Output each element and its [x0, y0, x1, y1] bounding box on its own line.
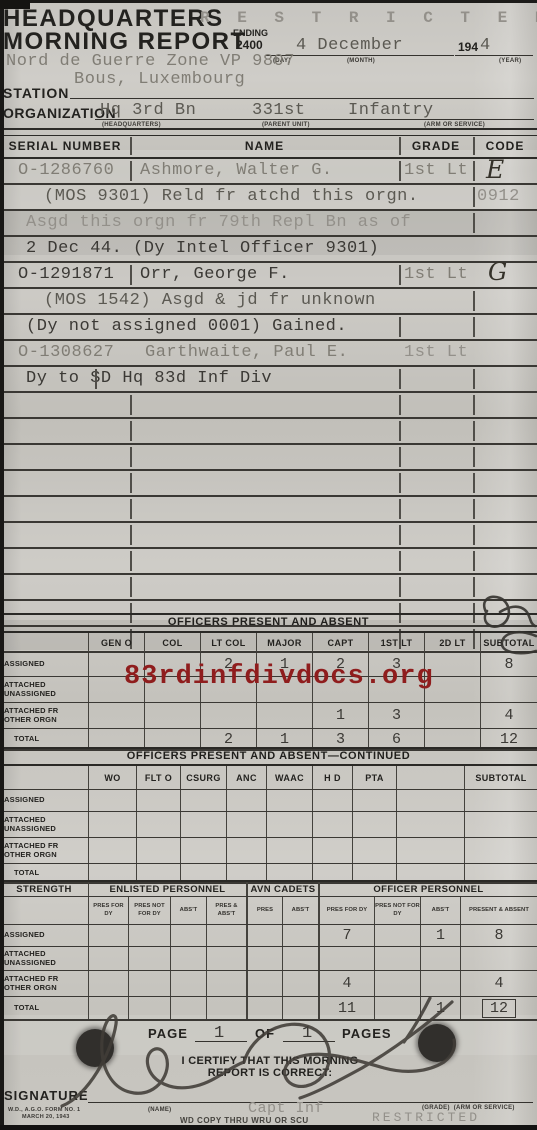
- restricted-stamp-top: R E S T R I C T E D: [200, 9, 537, 27]
- entry-text: Asgd this orgn fr 79th Repl Bn as of: [26, 213, 411, 232]
- roster-blank-row: [0, 393, 537, 419]
- grade: 1st Lt: [404, 343, 468, 362]
- certify-statement: I CERTIFY THAT THIS MORNING REPORT IS CO…: [155, 1055, 385, 1079]
- roster-blank-row: [0, 419, 537, 445]
- watermark-83rdinfdivdocs: 83rdinfdivdocs.org: [124, 662, 434, 692]
- org-parent-unit-value: 331st: [252, 101, 306, 120]
- col-unlabeled: [396, 766, 464, 789]
- station-rule: [70, 98, 534, 99]
- strength-subheader-row: PRES FOR DY PRES NOT FOR DY ABS'T PRES &…: [0, 897, 537, 925]
- officers-table-header-row: GEN O COL LT COL MAJOR CAPT 1ST LT 2D LT…: [0, 633, 537, 653]
- restricted-stamp-bottom: RESTRICTED: [372, 1110, 480, 1125]
- col-capt: CAPT: [312, 633, 368, 652]
- group-enlisted: ENLISTED PERSONNEL: [88, 882, 246, 896]
- code-value: 0912: [477, 187, 520, 206]
- col-wo: WO: [88, 766, 136, 789]
- entry-text: 2 Dec 44. (Dy Intel Officer 9301): [26, 239, 379, 258]
- year-printed: 194: [458, 40, 478, 54]
- organization-rule: [95, 119, 534, 120]
- year-rule: [455, 55, 533, 56]
- hole-punch-right: [418, 1024, 456, 1062]
- col-pta: PTA: [352, 766, 396, 789]
- roster-header-row: SERIAL NUMBER NAME GRADE CODE: [0, 135, 537, 159]
- pages-total: 1: [302, 1024, 313, 1043]
- row-label: ASSIGNED: [0, 790, 88, 811]
- entry-text: (MOS 9301) Reld fr atchd this orgn.: [44, 187, 419, 206]
- signature-label: SIGNATURE: [4, 1088, 89, 1103]
- officer-name: Orr, George F.: [140, 265, 290, 284]
- strength-table: STRENGTH ENLISTED PERSONNEL AVN CADETS O…: [0, 880, 537, 1021]
- col-anc: ANC: [226, 766, 266, 789]
- of-label: OF: [255, 1026, 275, 1041]
- form-number: W.D., A.G.O. FORM NO. 1: [8, 1107, 80, 1113]
- faint-typed-grade: Capt Inf: [248, 1100, 324, 1117]
- row-label: ASSIGNED: [0, 925, 88, 946]
- col-lt-col: LT COL: [200, 633, 256, 652]
- officers-continued-title: OFFICERS PRESENT AND ABSENT—CONTINUED: [0, 747, 537, 766]
- table-row: ATTACHED FR OTHER ORGN: [0, 838, 537, 864]
- col-subtotal: SUBTOTAL: [464, 766, 537, 789]
- station-location-line2: Bous, Luxembourg: [74, 70, 245, 89]
- serial-number: O-1291871: [18, 265, 114, 284]
- page-number: 1: [214, 1024, 225, 1043]
- table-row: ATTACHED FR OTHER ORGN 4 4: [0, 971, 537, 997]
- station-label: STATION: [3, 85, 69, 101]
- code-handwritten: G: [488, 258, 507, 286]
- table-row: ATTACHED FR OTHER ORGN 1 3 4: [0, 703, 537, 729]
- year-typed: 4: [480, 36, 491, 55]
- col-code: CODE: [473, 139, 537, 153]
- row-label: ATTACHED UNASSIGNED: [4, 816, 66, 833]
- col-col: COL: [144, 633, 200, 652]
- col-name: NAME: [130, 139, 399, 153]
- col-subtotal: SUBTOTAL: [480, 633, 537, 652]
- morning-report-scan: HEADQUARTERS R E S T R I C T E D MORNING…: [0, 0, 537, 1130]
- pages-label: PAGES: [342, 1026, 392, 1041]
- col-major: MAJOR: [256, 633, 312, 652]
- name-label: (NAME): [148, 1107, 171, 1113]
- col-hd: H D: [312, 766, 352, 789]
- org-arm-value: Infantry: [348, 101, 434, 120]
- page-label: PAGE: [148, 1026, 188, 1041]
- table-row-total: TOTAL 11 1 12: [0, 997, 537, 1021]
- entry-text: (Dy not assigned 0001) Gained.: [26, 317, 347, 336]
- strength-group-header: STRENGTH ENLISTED PERSONNEL AVN CADETS O…: [0, 880, 537, 897]
- month-label: (MONTH): [347, 58, 375, 64]
- row-label: ATTACHED UNASSIGNED: [4, 681, 66, 698]
- serial-number: O-1286760: [18, 161, 114, 180]
- officer-name: Ashmore, Walter G.: [140, 161, 333, 180]
- table-row: ASSIGNED: [0, 790, 537, 812]
- ending-label: ENDING: [233, 28, 268, 38]
- roster-blank-row: [0, 549, 537, 575]
- roster-blank-row: [0, 523, 537, 549]
- year-label: (YEAR): [499, 58, 521, 64]
- roster-table: SERIAL NUMBER NAME GRADE CODE O-1286760 …: [0, 135, 537, 653]
- col-grade: GRADE: [399, 139, 473, 153]
- col-serial-number: SERIAL NUMBER: [0, 139, 130, 153]
- row-label: ATTACHED UNASSIGNED: [4, 950, 66, 967]
- form-date: MARCH 20, 1943: [22, 1114, 70, 1120]
- strength-label: STRENGTH: [0, 882, 88, 896]
- col-2d-lt: 2D LT: [424, 633, 480, 652]
- grade: 1st Lt: [404, 161, 468, 180]
- ending-time: 2400: [236, 38, 263, 52]
- roster-entry: (MOS 9301) Reld fr atchd this orgn. 0912: [0, 185, 537, 211]
- roster-entry: O-1286760 Ashmore, Walter G. 1st Lt E: [0, 159, 537, 185]
- row-label: ATTACHED FR OTHER ORGN: [4, 707, 66, 724]
- officers-table-title: OFFICERS PRESENT AND ABSENT: [0, 613, 537, 633]
- code-handwritten: E: [486, 155, 504, 184]
- scan-edge-top: [0, 0, 537, 3]
- roster-entry: Asgd this orgn fr 79th Repl Bn as of: [0, 211, 537, 237]
- roster-blank-row: [0, 575, 537, 601]
- officer-name: Garthwaite, Paul E.: [145, 343, 348, 362]
- copy-note: WD COPY THRU WRU OR SCU: [180, 1116, 309, 1125]
- table-row: ASSIGNED 7 1 8: [0, 925, 537, 947]
- scan-edge-bottom: [0, 1125, 537, 1130]
- table-row: ATTACHED UNASSIGNED: [0, 812, 537, 838]
- roster-entry: (MOS 1542) Asgd & jd fr unknown: [0, 289, 537, 315]
- roster-entry: O-1308627 Garthwaite, Paul E. 1st Lt: [0, 341, 537, 367]
- row-label: ATTACHED FR OTHER ORGN: [4, 975, 66, 992]
- row-label: ASSIGNED: [0, 653, 88, 676]
- row-label: ATTACHED FR OTHER ORGN: [4, 842, 66, 859]
- grade: 1st Lt: [404, 265, 468, 284]
- date-typed: 4 December: [296, 36, 403, 55]
- scan-corner-top-left: [0, 0, 30, 9]
- roster-entry: Dy to SD Hq 83d Inf Div: [0, 367, 537, 393]
- col-1st-lt: 1ST LT: [368, 633, 424, 652]
- group-officer: OFFICER PERSONNEL: [318, 882, 537, 896]
- roster-blank-row: [0, 445, 537, 471]
- col-waac: WAAC: [266, 766, 312, 789]
- roster-entry: (Dy not assigned 0001) Gained.: [0, 315, 537, 341]
- roster-blank-row: [0, 471, 537, 497]
- table-row: ATTACHED UNASSIGNED: [0, 947, 537, 971]
- roster-entry: 2 Dec 44. (Dy Intel Officer 9301): [0, 237, 537, 263]
- serial-number: O-1308627: [18, 343, 114, 362]
- org-headquarters-value: Hq 3rd Bn: [100, 101, 196, 120]
- station-location-line1: Nord de Guerre Zone VP 9807: [6, 52, 295, 71]
- group-avn-cadets: AVN CADETS: [246, 882, 318, 896]
- scan-edge-left: [0, 0, 4, 1130]
- hole-punch-left: [76, 1029, 114, 1067]
- col-flt-o: FLT O: [136, 766, 180, 789]
- row-label: TOTAL: [0, 997, 88, 1019]
- roster-blank-row: [0, 497, 537, 523]
- col-gen-o: GEN O: [88, 633, 144, 652]
- entry-text: Dy to SD Hq 83d Inf Div: [26, 369, 272, 388]
- officers-continued-table: OFFICERS PRESENT AND ABSENT—CONTINUED WO…: [0, 747, 537, 884]
- entry-text: (MOS 1542) Asgd & jd fr unknown: [44, 291, 376, 310]
- col-csurg: CSURG: [180, 766, 226, 789]
- row-label: TOTAL: [0, 729, 88, 749]
- roster-entry: O-1291871 Orr, George F. 1st Lt G: [0, 263, 537, 289]
- continued-header-row: WO FLT O CSURG ANC WAAC H D PTA SUBTOTAL: [0, 766, 537, 790]
